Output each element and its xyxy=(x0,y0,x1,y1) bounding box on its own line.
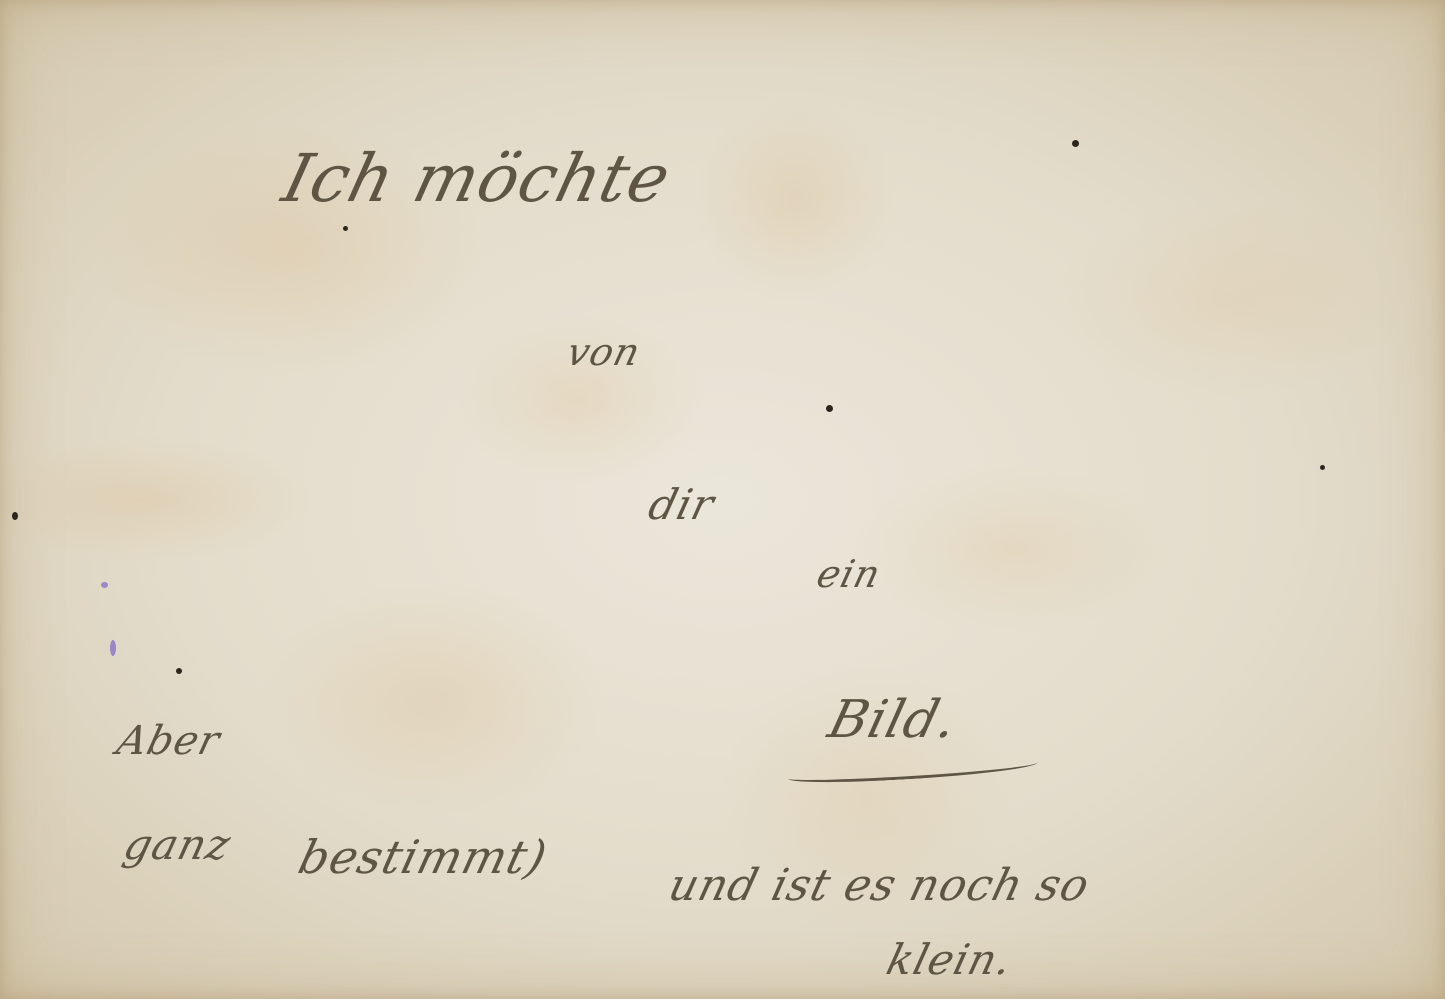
ink-spot xyxy=(1072,140,1079,147)
handwritten-line-dir: dir xyxy=(644,480,720,529)
handwritten-line-ich-moechte: Ich möchte xyxy=(275,140,678,217)
handwritten-line-bild: Bild. xyxy=(823,690,964,750)
handwritten-line-und-ist-es-noch-so: und ist es noch so xyxy=(664,860,1095,911)
handwritten-line-ein: ein xyxy=(813,552,886,596)
handwritten-line-von: von xyxy=(563,330,646,374)
handwritten-line-aber: Aber xyxy=(112,718,225,764)
ink-spot xyxy=(176,668,182,674)
ink-spot xyxy=(1320,465,1325,470)
ink-spot xyxy=(12,512,18,520)
ink-spot xyxy=(343,226,348,231)
violet-ink-mark xyxy=(101,582,108,588)
handwritten-line-klein: klein. xyxy=(882,935,1018,984)
document-card: Ich möchte von dir ein Bild. Aber ganz b… xyxy=(0,0,1445,999)
ink-spot xyxy=(826,405,833,412)
violet-ink-mark xyxy=(110,640,116,656)
handwritten-line-bestimmt: bestimmt) xyxy=(293,830,553,884)
handwritten-line-ganz: ganz xyxy=(119,820,236,869)
bild-underline xyxy=(788,755,1039,785)
